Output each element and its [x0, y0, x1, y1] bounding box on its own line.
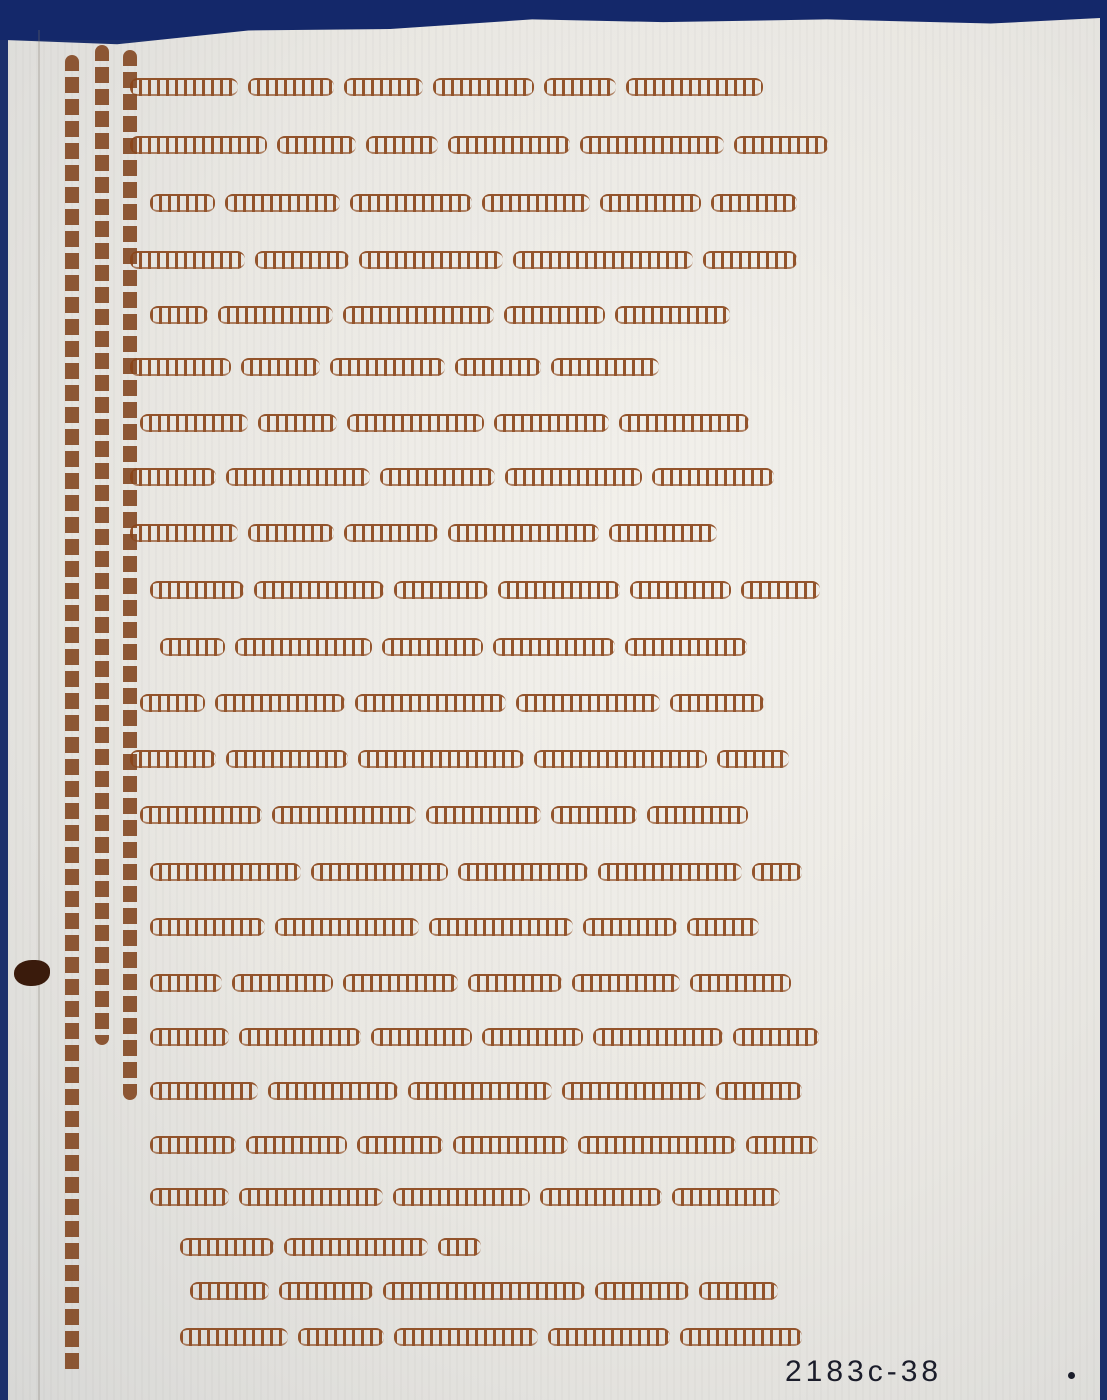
handwritten-word [180, 1328, 288, 1346]
handwritten-word [258, 414, 337, 432]
handwritten-line [180, 1322, 802, 1352]
handwritten-word [239, 1028, 361, 1046]
handwritten-word [670, 694, 764, 712]
handwritten-word [493, 638, 615, 656]
handwritten-word [239, 1188, 383, 1206]
handwritten-word [578, 1136, 736, 1154]
handwritten-word [248, 524, 334, 542]
handwritten-line [130, 72, 763, 102]
handwritten-line [130, 462, 774, 492]
handwritten-word [226, 468, 370, 486]
handwritten-word [311, 863, 448, 881]
catalog-dot-mark [1068, 1372, 1075, 1379]
handwritten-word [343, 974, 458, 992]
handwritten-word [150, 863, 301, 881]
handwritten-word [494, 414, 609, 432]
handwritten-word [160, 638, 225, 656]
handwritten-word [580, 136, 724, 154]
handwritten-word [583, 918, 677, 936]
handwritten-line [150, 188, 797, 218]
handwritten-word [609, 524, 717, 542]
handwritten-word [717, 750, 789, 768]
margin-annotation-column [58, 55, 86, 1375]
handwritten-word [458, 863, 588, 881]
handwritten-word [429, 918, 573, 936]
handwritten-word [394, 581, 488, 599]
handwritten-word [225, 194, 340, 212]
handwritten-word [268, 1082, 398, 1100]
handwritten-word [626, 78, 763, 96]
handwritten-word [572, 974, 680, 992]
handwritten-word [595, 1282, 689, 1300]
margin-handwriting [123, 50, 137, 1100]
handwritten-line [150, 575, 820, 605]
ink-blot [14, 960, 50, 986]
handwritten-word [241, 358, 320, 376]
catalog-number: 2183c-38 [785, 1355, 942, 1389]
handwritten-word [255, 251, 349, 269]
handwritten-word [130, 251, 245, 269]
margin-handwriting [65, 55, 79, 1375]
handwritten-word [733, 1028, 819, 1046]
handwritten-word [551, 358, 659, 376]
handwritten-word [393, 1188, 530, 1206]
handwritten-word [716, 1082, 802, 1100]
handwritten-word [482, 1028, 583, 1046]
handwritten-word [551, 806, 637, 824]
handwritten-word [699, 1282, 778, 1300]
handwritten-line [130, 352, 659, 382]
handwritten-word [232, 974, 333, 992]
handwritten-word [130, 136, 267, 154]
handwritten-line [130, 245, 797, 275]
handwritten-word [140, 806, 262, 824]
handwritten-word [498, 581, 620, 599]
handwritten-word [504, 306, 605, 324]
handwritten-word [741, 581, 820, 599]
handwritten-word [284, 1238, 428, 1256]
handwritten-word [598, 863, 742, 881]
handwritten-line [150, 1182, 780, 1212]
handwritten-line [150, 968, 791, 998]
handwritten-line [150, 300, 730, 330]
handwritten-word [548, 1328, 670, 1346]
handwritten-word [215, 694, 345, 712]
handwritten-word [150, 1188, 229, 1206]
handwritten-word [140, 694, 205, 712]
handwritten-word [383, 1282, 585, 1300]
handwritten-word [246, 1136, 347, 1154]
handwritten-word [150, 1028, 229, 1046]
handwritten-word [254, 581, 384, 599]
handwritten-word [438, 1238, 481, 1256]
handwritten-word [426, 806, 541, 824]
handwritten-word [647, 806, 748, 824]
handwritten-word [652, 468, 774, 486]
handwritten-word [703, 251, 797, 269]
handwritten-word [408, 1082, 552, 1100]
handwritten-line [140, 688, 764, 718]
handwritten-word [513, 251, 693, 269]
handwritten-word [343, 306, 494, 324]
handwritten-word [562, 1082, 706, 1100]
handwritten-word [226, 750, 348, 768]
handwritten-word [453, 1136, 568, 1154]
handwritten-word [150, 194, 215, 212]
handwritten-word [330, 358, 445, 376]
handwritten-word [672, 1188, 780, 1206]
handwritten-word [600, 194, 701, 212]
handwritten-word [275, 918, 419, 936]
handwritten-line [150, 1022, 819, 1052]
handwritten-word [130, 468, 216, 486]
handwritten-word [482, 194, 590, 212]
handwritten-word [711, 194, 797, 212]
handwritten-line [160, 632, 747, 662]
handwritten-word [248, 78, 334, 96]
handwritten-word [180, 1238, 274, 1256]
handwritten-word [357, 1136, 443, 1154]
handwritten-line [190, 1276, 778, 1306]
handwritten-word [394, 1328, 538, 1346]
handwritten-word [752, 863, 802, 881]
handwritten-word [190, 1282, 269, 1300]
handwritten-line [150, 1130, 818, 1160]
handwritten-line [150, 857, 802, 887]
handwritten-word [630, 581, 731, 599]
handwritten-word [680, 1328, 802, 1346]
handwritten-word [298, 1328, 384, 1346]
handwritten-word [150, 974, 222, 992]
handwritten-word [140, 414, 248, 432]
handwritten-word [150, 918, 265, 936]
handwritten-word [380, 468, 495, 486]
handwritten-word [690, 974, 791, 992]
handwritten-line [140, 800, 748, 830]
handwritten-word [359, 251, 503, 269]
handwritten-word [448, 136, 570, 154]
handwritten-word [619, 414, 749, 432]
handwritten-word [358, 750, 524, 768]
handwritten-word [687, 918, 759, 936]
handwritten-word [433, 78, 534, 96]
handwritten-word [130, 358, 231, 376]
handwritten-word [272, 806, 416, 824]
handwritten-word [344, 524, 438, 542]
handwritten-word [593, 1028, 723, 1046]
handwritten-word [130, 524, 238, 542]
handwritten-word [615, 306, 730, 324]
handwritten-line [130, 130, 828, 160]
handwritten-word [505, 468, 642, 486]
handwritten-word [150, 306, 208, 324]
margin-handwriting [95, 45, 109, 1045]
handwritten-word [350, 194, 472, 212]
handwritten-word [625, 638, 747, 656]
handwritten-word [150, 581, 244, 599]
handwritten-word [382, 638, 483, 656]
handwritten-word [235, 638, 372, 656]
handwritten-word [130, 78, 238, 96]
handwritten-line [180, 1232, 481, 1262]
handwritten-line [140, 408, 749, 438]
handwritten-line [130, 744, 789, 774]
handwritten-word [150, 1082, 258, 1100]
handwritten-word [218, 306, 333, 324]
handwritten-word [347, 414, 484, 432]
handwritten-word [150, 1136, 236, 1154]
paper-fold-edge [38, 30, 40, 1400]
handwritten-word [540, 1188, 662, 1206]
handwritten-word [455, 358, 541, 376]
handwritten-word [277, 136, 356, 154]
handwritten-line [130, 518, 717, 548]
handwritten-word [734, 136, 828, 154]
handwritten-word [371, 1028, 472, 1046]
handwritten-word [130, 750, 216, 768]
handwritten-line [150, 1076, 802, 1106]
handwritten-word [279, 1282, 373, 1300]
handwritten-word [366, 136, 438, 154]
handwritten-word [468, 974, 562, 992]
handwritten-word [534, 750, 707, 768]
handwritten-word [448, 524, 599, 542]
margin-annotation-column [88, 45, 116, 1365]
handwritten-word [544, 78, 616, 96]
handwritten-word [344, 78, 423, 96]
handwritten-word [516, 694, 660, 712]
handwritten-line [150, 912, 759, 942]
handwritten-word [746, 1136, 818, 1154]
handwritten-word [355, 694, 506, 712]
